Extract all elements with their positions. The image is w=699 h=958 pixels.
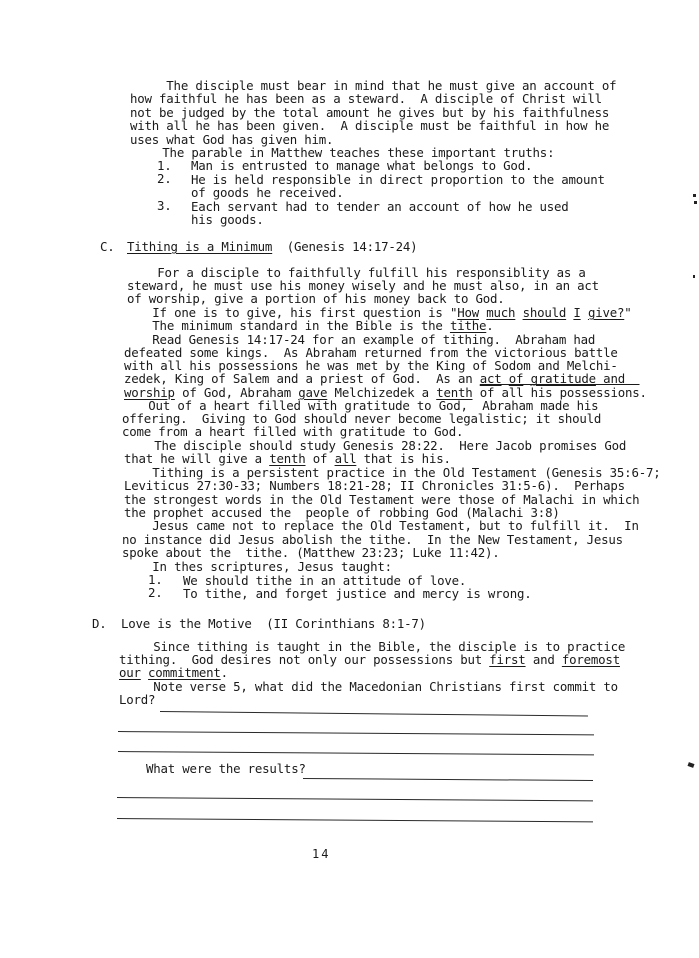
d-question1-line: Note verse 5, what did the Macedonian Ch… <box>117 680 618 694</box>
intro-line: how faithful he has been as a steward. A… <box>130 92 602 106</box>
section-d-letter: D. <box>92 617 107 631</box>
document-page: The disciple must bear in mind that he m… <box>0 0 699 958</box>
c-p5-line: come from a heart filled with gratitude … <box>122 425 463 439</box>
section-d-reference: (II Corinthians 8:1-7) <box>266 616 426 631</box>
d-question2: What were the results? <box>146 762 306 776</box>
section-c-title: Tithing is a Minimum <box>127 239 272 254</box>
c-p7-line: Leviticus 27:30-33; Numbers 18:21-28; II… <box>124 479 625 493</box>
c-minimum-line: The minimum standard in the Bible is the… <box>116 319 494 333</box>
scan-speck <box>694 201 697 204</box>
c-p4-line: zedek, King of Salem and a priest of God… <box>124 372 625 386</box>
truth-number: 3. <box>157 199 172 213</box>
section-d-heading: Love is the Motive (II Corinthians 8:1-7… <box>121 617 426 631</box>
intro-line: with all he has been given. A disciple m… <box>130 119 609 133</box>
truth-number: 2. <box>157 172 172 186</box>
c-p1-line: of worship, give a portion of his money … <box>127 292 505 306</box>
scan-speck <box>687 762 694 768</box>
answer-line-q2-1[interactable] <box>303 778 593 781</box>
truth-text-cont: his goods. <box>191 213 264 227</box>
c-p8-line: Jesus came not to replace the Old Testam… <box>116 519 639 533</box>
teaching-text: To tithe, and forget justice and mercy i… <box>183 587 531 601</box>
truth-text-cont: of goods he received. <box>191 186 343 200</box>
scan-speck <box>693 194 696 197</box>
answer-line-q1-1[interactable] <box>160 711 588 716</box>
section-c-reference: (Genesis 14:17-24) <box>287 239 418 254</box>
d-p1-line: our commitment. <box>119 666 228 680</box>
answer-line-q2-3[interactable] <box>117 818 593 822</box>
section-c-heading: Tithing is a Minimum (Genesis 14:17-24) <box>127 240 417 254</box>
page-number: 14 <box>312 847 330 861</box>
truth-text: Man is entrusted to manage what belongs … <box>191 159 532 173</box>
teaching-number: 2. <box>148 586 163 600</box>
section-c-letter: C. <box>100 240 115 254</box>
answer-line-q2-2[interactable] <box>117 797 593 801</box>
scan-speck <box>693 275 695 278</box>
section-d-title: Love is the Motive <box>121 616 252 631</box>
d-question1-lord: Lord? <box>119 693 155 707</box>
answer-line-q1-3[interactable] <box>118 751 594 755</box>
answer-line-q1-2[interactable] <box>118 731 594 735</box>
c-p8-line: spoke about the tithe. (Matthew 23:23; L… <box>122 546 500 560</box>
c-p6-line: that he will give a tenth of all that is… <box>124 452 451 466</box>
